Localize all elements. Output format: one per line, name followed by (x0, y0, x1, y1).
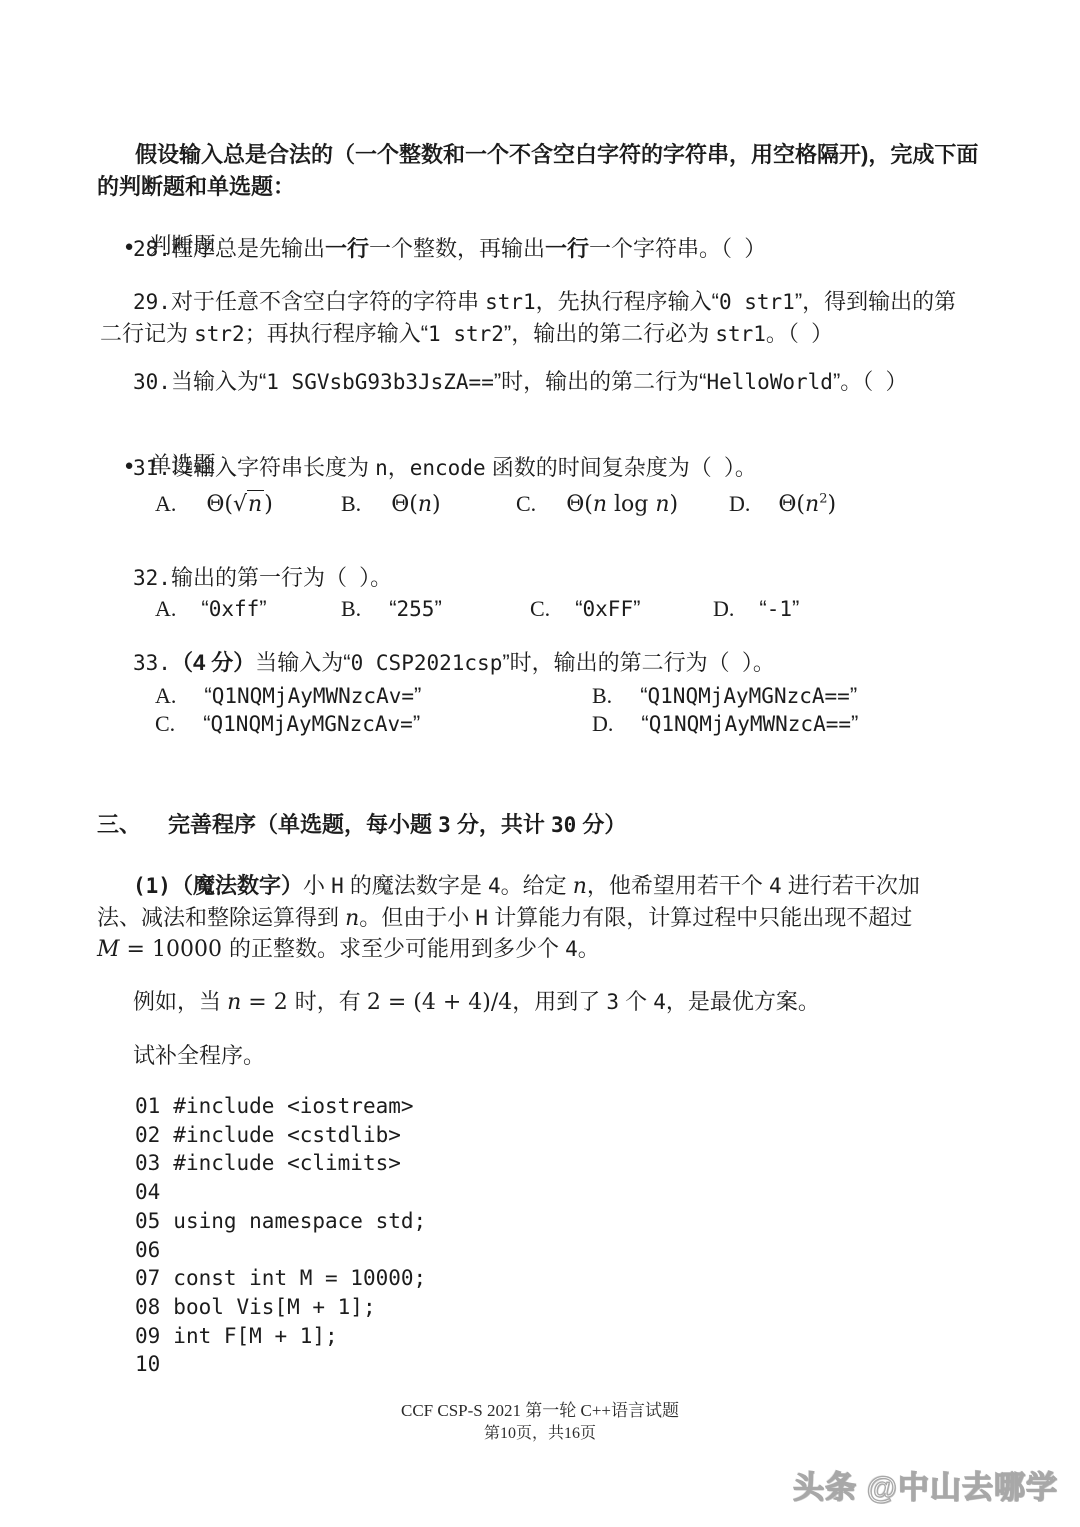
code-line: 07const int M = 10000; (135, 1264, 426, 1293)
code-line: 01#include <iostream> (135, 1092, 426, 1121)
option-text: “0xFF” (575, 596, 640, 621)
option-label: C. (155, 711, 175, 736)
code-line-number: 01 (135, 1094, 160, 1118)
question-29-line1: 29.对于任意不含空白字符的字符串 str1，先执行程序输入“0 str1”，得… (133, 287, 956, 317)
code-line: 03#include <climits> (135, 1149, 426, 1178)
problem-1-prompt: 试补全程序。 (133, 1041, 265, 1071)
option-text: “Q1NQMjAyMGNzcA==” (640, 683, 857, 708)
option-31-C: C.Θ(n log n) (516, 489, 678, 520)
option-text: “Q1NQMjAyMGNzcAv=” (203, 711, 420, 736)
option-label: B. (592, 683, 612, 708)
option-label: D. (713, 596, 734, 621)
problem-1-para-line3: M = 10000 的正整数。求至少可能用到多少个 4。 (97, 934, 600, 965)
code-line-text: #include <iostream> (173, 1094, 413, 1118)
option-formula: Θ(n log n) (566, 491, 678, 516)
option-31-B: B.Θ(n) (341, 489, 441, 520)
intro-paragraph-line2: 的判断题和单选题： (97, 172, 295, 202)
option-32-B: B.“255” (341, 594, 442, 624)
option-label: A. (155, 491, 176, 516)
option-label: B. (341, 596, 361, 621)
section-3-number: 三、 (97, 810, 141, 840)
option-label: C. (516, 491, 536, 516)
problem-1-example: 例如，当 n = 2 时，有 2 = (4 + 4)/4，用到了 3 个 4，是… (133, 987, 820, 1018)
option-formula: Θ(√n) (206, 491, 272, 516)
question-30: 30.当输入为“1 SGVsbG93b3JsZA==”时，输出的第二行为“Hel… (133, 367, 908, 397)
code-line-number: 04 (135, 1180, 160, 1204)
option-32-A: A.“0xff” (155, 594, 267, 624)
code-line: 09int F[M + 1]; (135, 1322, 426, 1351)
option-31-D: D.Θ(n2) (729, 489, 836, 520)
question-32-stem: 32.输出的第一行为（ ）。 (133, 563, 392, 593)
option-label: A. (155, 683, 176, 708)
option-31-A: A.Θ(√n) (155, 489, 273, 520)
code-line-text: int F[M + 1]; (173, 1324, 337, 1348)
intro-paragraph-line1: 假设输入总是合法的（一个整数和一个不含空白字符的字符串，用空格隔开)，完成下面 (135, 140, 978, 170)
option-label: A. (155, 596, 176, 621)
code-line-number: 05 (135, 1209, 160, 1233)
code-listing: 01#include <iostream> 02#include <cstdli… (135, 1092, 426, 1379)
code-line-text: #include <climits> (173, 1151, 401, 1175)
option-33-C: C.“Q1NQMjAyMGNzcAv=” (155, 709, 420, 739)
question-29-line2: 二行记为 str2；再执行程序输入“1 str2”，输出的第二行必为 str1。… (100, 319, 833, 349)
problem-1-para-line1: (1)（魔法数字）小 H 的魔法数字是 4。给定 n，他希望用若干个 4 进行若… (133, 871, 920, 902)
code-line-number: 03 (135, 1151, 160, 1175)
exam-page: 假设输入总是合法的（一个整数和一个不含空白字符的字符串，用空格隔开)，完成下面 … (0, 0, 1080, 1527)
code-line-number: 09 (135, 1324, 160, 1348)
option-label: D. (729, 491, 750, 516)
watermark-text: 头条 @中山去哪学 (793, 1462, 1058, 1507)
code-line: 10 (135, 1350, 426, 1379)
option-formula: Θ(n) (391, 491, 440, 516)
code-line-text: bool Vis[M + 1]; (173, 1295, 375, 1319)
option-label: D. (592, 711, 613, 736)
code-line-number: 02 (135, 1123, 160, 1147)
code-line-text: const int M = 10000; (173, 1266, 426, 1290)
code-line-text: #include <cstdlib> (173, 1123, 401, 1147)
question-33-stem: 33.（4 分）当输入为“0 CSP2021csp”时，输出的第二行为（ ）。 (133, 648, 775, 678)
option-32-C: C.“0xFF” (530, 594, 640, 624)
code-line: 06 (135, 1236, 426, 1265)
option-formula: Θ(n2) (778, 491, 836, 516)
option-33-A: A.“Q1NQMjAyMWNzcAv=” (155, 681, 421, 711)
code-line-number: 07 (135, 1266, 160, 1290)
code-line: 08bool Vis[M + 1]; (135, 1293, 426, 1322)
option-32-D: D.“-1” (713, 594, 799, 624)
option-33-B: B.“Q1NQMjAyMGNzcA==” (592, 681, 857, 711)
code-line-text: using namespace std; (173, 1209, 426, 1233)
code-line: 05using namespace std; (135, 1207, 426, 1236)
option-text: “Q1NQMjAyMWNzcAv=” (204, 683, 421, 708)
option-text: “Q1NQMjAyMWNzcA==” (641, 711, 858, 736)
option-text: “0xff” (201, 596, 266, 621)
footer-title: CCF CSP-S 2021 第一轮 C++语言试题 (0, 1396, 1080, 1421)
code-line: 02#include <cstdlib> (135, 1121, 426, 1150)
option-text: “-1” (759, 596, 799, 621)
code-line: 04 (135, 1178, 426, 1207)
option-label: B. (341, 491, 361, 516)
option-33-D: D.“Q1NQMjAyMWNzcA==” (592, 709, 858, 739)
question-31-stem: 31.设输入字符串长度为 n，encode 函数的时间复杂度为（ ）。 (133, 453, 757, 483)
section-3-title: 完善程序（单选题，每小题 3 分，共计 30 分） (168, 810, 626, 840)
code-line-number: 08 (135, 1295, 160, 1319)
question-28: 28.程序总是先输出一行一个整数，再输出一行一个字符串。（ ） (133, 234, 766, 264)
code-line-number: 06 (135, 1238, 160, 1262)
option-label: C. (530, 596, 550, 621)
option-text: “255” (389, 596, 442, 621)
problem-1-para-line2: 法、减法和整除运算得到 n。但由于小 H 计算能力有限，计算过程中只能出现不超过 (97, 903, 912, 934)
footer-page-number: 第10页，共16页 (0, 1420, 1080, 1443)
code-line-number: 10 (135, 1352, 160, 1376)
